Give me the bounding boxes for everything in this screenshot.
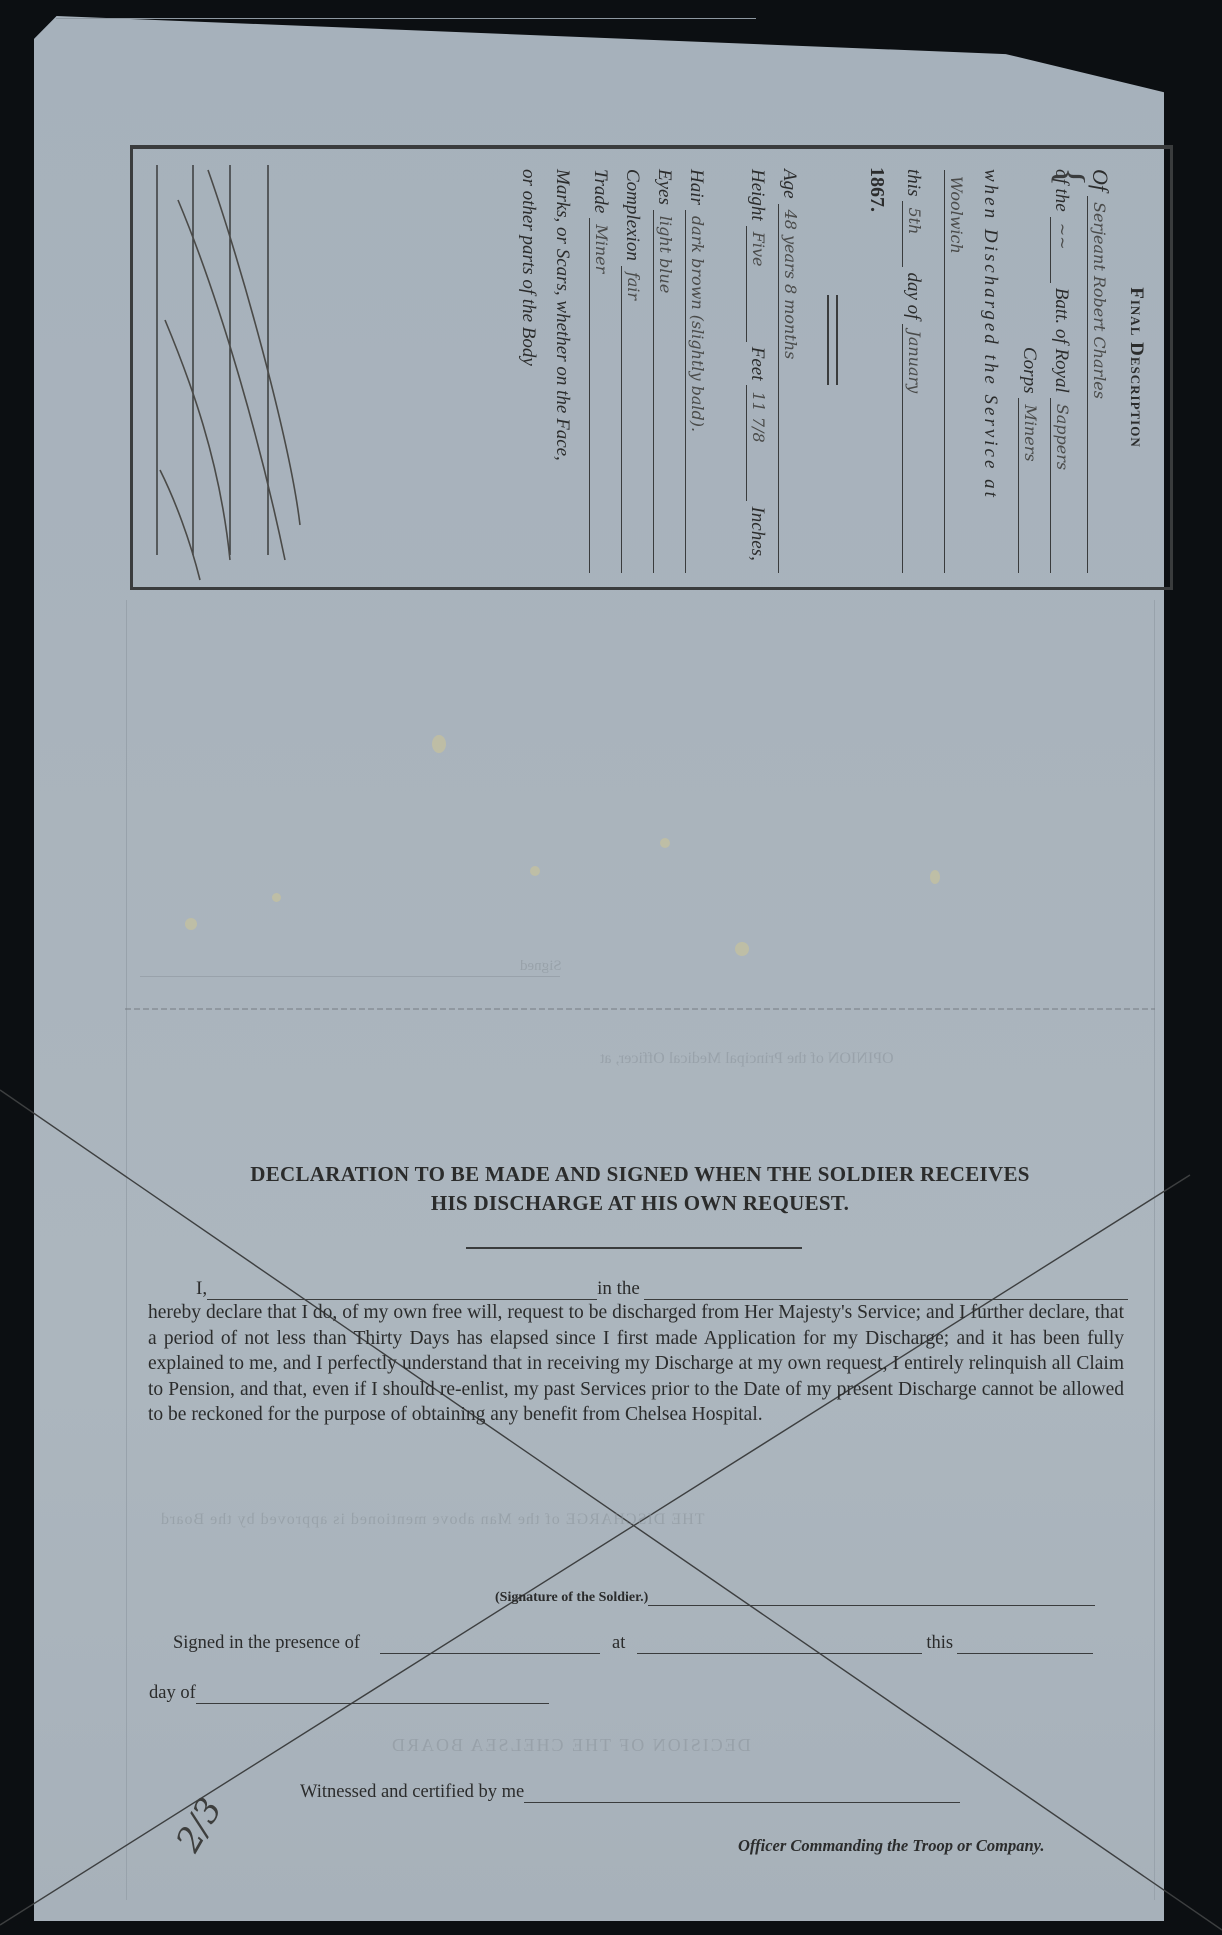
signature-blank[interactable] — [648, 1587, 1095, 1606]
signature-row: (Signature of the Soldier.) — [495, 1587, 1095, 1606]
declaration-rule — [466, 1247, 802, 1249]
day-of-row: day of — [149, 1683, 549, 1704]
declaration-title-line1: DECLARATION TO BE MADE AND SIGNED WHEN T… — [140, 1160, 1140, 1189]
regiment-blank[interactable] — [644, 1281, 1128, 1300]
this-day-blank[interactable] — [957, 1635, 1093, 1654]
witness-row: Witnessed and certified by me — [300, 1782, 960, 1803]
faded-decision: DECISION OF THE CHELSEA BOARD — [390, 1735, 751, 1756]
panel-divider — [125, 1008, 1155, 1010]
presence-label: Signed in the presence of — [173, 1633, 360, 1654]
at-blank[interactable] — [637, 1635, 922, 1654]
faded-signed-line — [140, 976, 560, 977]
at-label: at — [612, 1633, 625, 1654]
declaration-first-line: I, in the — [148, 1278, 1128, 1300]
faded-signed: Signed — [520, 958, 562, 975]
presence-blank[interactable] — [380, 1635, 600, 1654]
declaration-title: DECLARATION TO BE MADE AND SIGNED WHEN T… — [140, 1160, 1140, 1218]
witness-blank[interactable] — [524, 1784, 960, 1803]
presence-row: Signed in the presence of at this — [173, 1633, 1093, 1654]
in-the-label: in the — [597, 1278, 640, 1300]
day-of-blank[interactable] — [196, 1685, 549, 1704]
signature-label: (Signature of the Soldier.) — [495, 1590, 648, 1606]
declaration-title-line2: HIS DISCHARGE AT HIS OWN REQUEST. — [140, 1189, 1140, 1218]
faded-opinion: OPINION of the Principal Medical Officer… — [600, 1050, 894, 1068]
this-label: this — [926, 1633, 953, 1654]
witness-label: Witnessed and certified by me — [300, 1782, 524, 1803]
faded-discharge: THE DISCHARGE of the Man above mentioned… — [160, 1511, 704, 1529]
officer-label: Officer Commanding the Troop or Company. — [738, 1836, 1045, 1856]
i-label: I, — [196, 1278, 207, 1300]
declaration-body: hereby declare that I do, of my own free… — [148, 1300, 1124, 1428]
day-of-label: day of — [149, 1683, 196, 1704]
soldier-name-blank[interactable] — [207, 1281, 597, 1300]
